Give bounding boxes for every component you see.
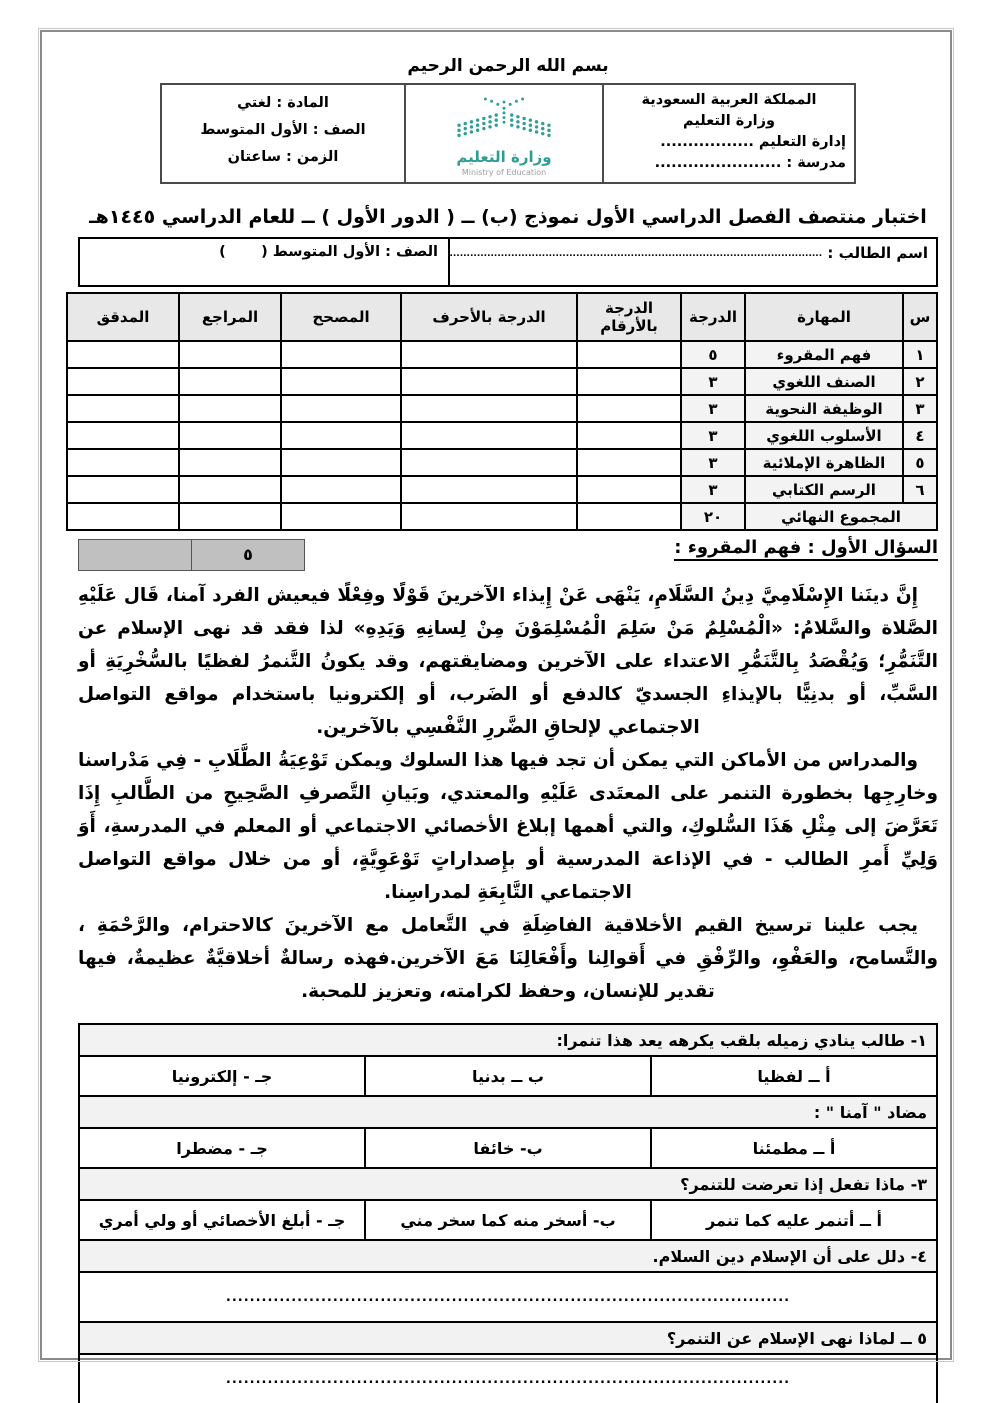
score-box-earned[interactable] xyxy=(78,539,191,571)
ministry-wordmark-arabic: وزارة التعليم xyxy=(414,148,594,166)
score-box-max: ٥ xyxy=(191,539,305,571)
page-border-frame: بسم الله الرحمن الرحيم المملكة العربية ا… xyxy=(40,30,952,1360)
section-one-heading: السؤال الأول : فهم المقروء : xyxy=(674,537,938,561)
empty-grading-cell[interactable] xyxy=(281,503,401,530)
skill-number: ١ xyxy=(903,341,937,368)
question-3-option-a[interactable]: أ ــ أتنمر عليه كما تنمر xyxy=(651,1200,937,1240)
question-2-option-b[interactable]: ب- خائفا xyxy=(365,1128,651,1168)
skills-row-6: ٦الرسم الكتابي٣ xyxy=(67,476,937,503)
question-options-row-3: أ ــ أتنمر عليه كما تنمرب- أسخر منه كما … xyxy=(79,1200,937,1240)
gov-line-3: مدرسة : ....................... xyxy=(612,153,846,174)
question-prompt-2: مضاد " آمنا " : xyxy=(79,1096,937,1128)
skill-number: ٥ xyxy=(903,449,937,476)
skills-col-header-5: المصحح xyxy=(281,293,401,341)
basmala-text: بسم الله الرحمن الرحيم xyxy=(78,56,938,76)
skill-number: ٦ xyxy=(903,476,937,503)
empty-grading-cell[interactable] xyxy=(401,395,577,422)
skills-row-4: ٤الأسلوب اللغوي٣ xyxy=(67,422,937,449)
skill-number: ٣ xyxy=(903,395,937,422)
exam-title: اختبار منتصف الفصل الدراسي الأول نموذج (… xyxy=(78,206,938,228)
empty-grading-cell[interactable] xyxy=(577,503,681,530)
skill-name: الوظيفة النحوية xyxy=(745,395,903,422)
skills-row-3: ٣الوظيفة النحوية٣ xyxy=(67,395,937,422)
question-prompt-3: ٣- ماذا تفعل إذا تعرضت للتنمر؟ xyxy=(79,1168,937,1200)
total-score: ٢٠ xyxy=(681,503,745,530)
empty-grading-cell[interactable] xyxy=(281,476,401,503)
empty-grading-cell[interactable] xyxy=(401,476,577,503)
skills-col-header-0: س xyxy=(903,293,937,341)
empty-grading-cell[interactable] xyxy=(67,395,179,422)
government-info-cell: المملكة العربية السعوديةوزارة التعليمإدا… xyxy=(602,85,854,182)
answer-dotted-line-5[interactable]: ........................................… xyxy=(79,1354,937,1403)
empty-grading-cell[interactable] xyxy=(281,449,401,476)
question-prompt-row-4: ٤- دلل على أن الإسلام دين السلام. xyxy=(79,1240,937,1272)
empty-grading-cell[interactable] xyxy=(179,503,281,530)
skills-total-row: المجموع النهائي٢٠ xyxy=(67,503,937,530)
skills-row-1: ١فهم المقروء٥ xyxy=(67,341,937,368)
skills-col-header-4: الدرجة بالأحرف xyxy=(401,293,577,341)
meta-line-2: الزمن : ساعتان xyxy=(170,144,396,171)
skills-header-row: سالمهارةالدرجةالدرجة بالأرقامالدرجة بالأ… xyxy=(67,293,937,341)
empty-grading-cell[interactable] xyxy=(577,395,681,422)
skills-grading-table: سالمهارةالدرجةالدرجة بالأرقامالدرجة بالأ… xyxy=(66,292,938,531)
empty-grading-cell[interactable] xyxy=(401,422,577,449)
class-field[interactable]: الصف : الأول المتوسط ( ) xyxy=(80,239,448,285)
skill-name: فهم المقروء xyxy=(745,341,903,368)
empty-grading-cell[interactable] xyxy=(281,422,401,449)
questions-table: ١- طالب ينادي زميله بلقب يكرهه يعد هذا ت… xyxy=(78,1023,938,1403)
empty-grading-cell[interactable] xyxy=(67,476,179,503)
empty-grading-cell[interactable] xyxy=(179,449,281,476)
section-one-header-row: السؤال الأول : فهم المقروء : ٥ xyxy=(78,537,938,571)
student-name-field[interactable]: اسم الطالب : ...........................… xyxy=(448,239,936,285)
passage-paragraph-2: والمدراس من الأماكن التي يمكن أن تجد فيه… xyxy=(78,744,938,909)
empty-grading-cell[interactable] xyxy=(577,341,681,368)
question-answer-row-4: ........................................… xyxy=(79,1272,937,1322)
question-prompt-row-3: ٣- ماذا تفعل إذا تعرضت للتنمر؟ xyxy=(79,1168,937,1200)
passage-paragraph-3: يجب علينا ترسيخ القيم الأخلاقية الفاضِلَ… xyxy=(78,909,938,1008)
total-label: المجموع النهائي xyxy=(745,503,937,530)
question-1-option-c[interactable]: جـ - إلكترونيا xyxy=(79,1056,365,1096)
skill-max-score: ٣ xyxy=(681,395,745,422)
skill-max-score: ٥ xyxy=(681,341,745,368)
empty-grading-cell[interactable] xyxy=(401,503,577,530)
ministry-logo-icon xyxy=(442,90,566,142)
empty-grading-cell[interactable] xyxy=(67,422,179,449)
empty-grading-cell[interactable] xyxy=(179,368,281,395)
answer-dotted-line-4[interactable]: ........................................… xyxy=(79,1272,937,1322)
empty-grading-cell[interactable] xyxy=(401,368,577,395)
question-1-option-b[interactable]: ب ــ بدنيا xyxy=(365,1056,651,1096)
question-2-option-c[interactable]: جـ - مضطرا xyxy=(79,1128,365,1168)
skill-name: الأسلوب اللغوي xyxy=(745,422,903,449)
exam-header-table: المملكة العربية السعوديةوزارة التعليمإدا… xyxy=(160,83,856,184)
empty-grading-cell[interactable] xyxy=(577,422,681,449)
empty-grading-cell[interactable] xyxy=(281,395,401,422)
gov-line-0: المملكة العربية السعودية xyxy=(612,90,846,111)
empty-grading-cell[interactable] xyxy=(67,449,179,476)
question-2-option-a[interactable]: أ ــ مطمئنا xyxy=(651,1128,937,1168)
empty-grading-cell[interactable] xyxy=(281,368,401,395)
question-3-option-c[interactable]: جـ - أبلغ الأخصائي أو ولي أمري xyxy=(79,1200,365,1240)
empty-grading-cell[interactable] xyxy=(179,422,281,449)
skills-col-header-2: الدرجة xyxy=(681,293,745,341)
ministry-wordmark-english: Ministry of Education xyxy=(414,168,594,177)
question-prompt-4: ٤- دلل على أن الإسلام دين السلام. xyxy=(79,1240,937,1272)
question-options-row-1: أ ــ لفظياب ــ بدنياجـ - إلكترونيا xyxy=(79,1056,937,1096)
empty-grading-cell[interactable] xyxy=(577,368,681,395)
exam-meta-cell: المادة : لغتيالصف : الأول المتوسطالزمن :… xyxy=(162,85,404,182)
skills-row-2: ٢الصنف اللغوي٣ xyxy=(67,368,937,395)
question-answer-row-5: ........................................… xyxy=(79,1354,937,1403)
exam-document-page: { "page": { "basmala": "بسم الله الرحمن … xyxy=(0,0,992,1403)
passage-paragraph-1: إِنَّ دينَنا الإِسْلَامِيَّ دِينُ السَّل… xyxy=(78,579,938,744)
skill-max-score: ٣ xyxy=(681,422,745,449)
empty-grading-cell[interactable] xyxy=(577,449,681,476)
ministry-logo-cell: وزارة التعليم Ministry of Education xyxy=(404,85,602,182)
skills-col-header-7: المدقق xyxy=(67,293,179,341)
question-1-option-a[interactable]: أ ــ لفظيا xyxy=(651,1056,937,1096)
empty-grading-cell[interactable] xyxy=(281,341,401,368)
skill-name: الصنف اللغوي xyxy=(745,368,903,395)
question-prompt-row-1: ١- طالب ينادي زميله بلقب يكرهه يعد هذا ت… xyxy=(79,1024,937,1056)
skills-row-5: ٥الظاهرة الإملائية٣ xyxy=(67,449,937,476)
question-prompt-row-2: مضاد " آمنا " : xyxy=(79,1096,937,1128)
empty-grading-cell[interactable] xyxy=(179,476,281,503)
empty-grading-cell[interactable] xyxy=(401,449,577,476)
skill-number: ٢ xyxy=(903,368,937,395)
skill-name: الرسم الكتابي xyxy=(745,476,903,503)
empty-grading-cell[interactable] xyxy=(179,395,281,422)
skills-col-header-3: الدرجة بالأرقام xyxy=(577,293,681,341)
gov-line-2: إدارة التعليم ................. xyxy=(612,132,846,153)
student-name-label: اسم الطالب : xyxy=(822,244,928,262)
skill-max-score: ٣ xyxy=(681,476,745,503)
gov-line-1: وزارة التعليم xyxy=(612,111,846,132)
empty-grading-cell[interactable] xyxy=(67,503,179,530)
empty-grading-cell[interactable] xyxy=(577,476,681,503)
skills-col-header-1: المهارة xyxy=(745,293,903,341)
question-prompt-1: ١- طالب ينادي زميله بلقب يكرهه يعد هذا ت… xyxy=(79,1024,937,1056)
empty-grading-cell[interactable] xyxy=(179,341,281,368)
score-boxes: ٥ xyxy=(78,539,305,571)
question-3-option-b[interactable]: ب- أسخر منه كما سخر مني xyxy=(365,1200,651,1240)
empty-grading-cell[interactable] xyxy=(67,341,179,368)
student-info-row: اسم الطالب : ...........................… xyxy=(78,237,938,287)
skill-number: ٤ xyxy=(903,422,937,449)
empty-grading-cell[interactable] xyxy=(401,341,577,368)
question-options-row-2: أ ــ مطمئناب- خائفاجـ - مضطرا xyxy=(79,1128,937,1168)
skills-col-header-6: المراجع xyxy=(179,293,281,341)
skill-max-score: ٣ xyxy=(681,449,745,476)
reading-passage: إِنَّ دينَنا الإِسْلَامِيَّ دِينُ السَّل… xyxy=(78,579,938,1008)
skill-max-score: ٣ xyxy=(681,368,745,395)
empty-grading-cell[interactable] xyxy=(67,368,179,395)
skill-name: الظاهرة الإملائية xyxy=(745,449,903,476)
student-name-dotted-line: ........................................… xyxy=(448,249,822,259)
question-prompt-row-5: ٥ ــ لماذا نهى الإسلام عن التنمر؟ xyxy=(79,1322,937,1354)
question-prompt-5: ٥ ــ لماذا نهى الإسلام عن التنمر؟ xyxy=(79,1322,937,1354)
meta-line-0: المادة : لغتي xyxy=(170,90,396,117)
meta-line-1: الصف : الأول المتوسط xyxy=(170,117,396,144)
